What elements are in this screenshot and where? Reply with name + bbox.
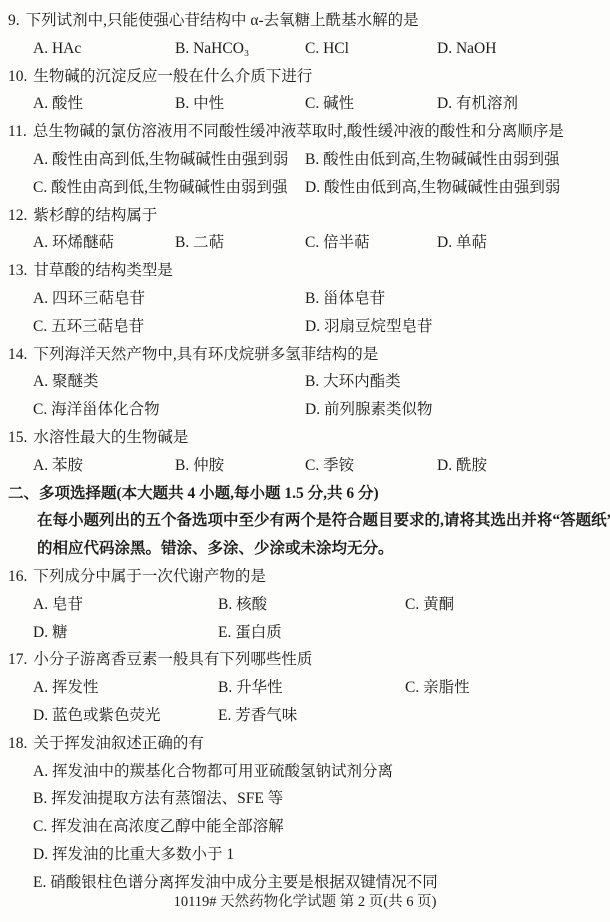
answer-option: B. 核酸 xyxy=(218,591,405,619)
question-list: 9.下列试剂中,只能使强心苷结构中 α-去氧糖上酰基水解的是A. HAcB. N… xyxy=(8,7,602,897)
answer-option: A. 环烯醚萜 xyxy=(33,229,175,257)
question-number: 10. xyxy=(8,68,27,85)
answer-option: C. 季铵 xyxy=(305,452,437,480)
question-number: 18. xyxy=(8,735,27,752)
question-number: 9. xyxy=(8,12,20,29)
answer-option: C. 亲脂性 xyxy=(405,674,602,702)
option-row: D. 蓝色或紫色荧光E. 芳香气味 xyxy=(8,702,602,730)
question-number: 12. xyxy=(8,207,27,224)
answer-option: E. 芳香气味 xyxy=(218,702,405,730)
option-row: A. 挥发性B. 升华性C. 亲脂性 xyxy=(8,674,602,702)
question: 14.下列海洋天然产物中,具有环戊烷骈多氢菲结构的是 xyxy=(8,341,602,369)
answer-option: D. 酰胺 xyxy=(437,452,602,480)
question-stem: 生物碱的沉淀反应一般在什么介质下进行 xyxy=(33,68,312,85)
question-number: 17. xyxy=(8,651,27,668)
question-stem: 下列试剂中,只能使强心苷结构中 α-去氧糖上酰基水解的是 xyxy=(26,12,419,29)
question-number: 14. xyxy=(8,346,27,363)
answer-option: B. 挥发油提取方法有蒸馏法、SFE 等 xyxy=(33,785,602,813)
answer-option: C. HCl xyxy=(305,35,437,63)
answer-option: C. 五环三萜皂苷 xyxy=(33,313,305,341)
question-stem: 紫杉醇的结构属于 xyxy=(33,207,157,224)
answer-option: A. 皂苷 xyxy=(33,591,218,619)
question: 11.总生物碱的氯仿溶液用不同酸性缓冲液萃取时,酸性缓冲液的酸性和分离顺序是 xyxy=(8,118,602,146)
answer-option: D. 羽扇豆烷型皂苷 xyxy=(305,313,602,341)
option-row: A. 苯胺B. 仲胺C. 季铵D. 酰胺 xyxy=(8,452,602,480)
answer-option: A. 酸性 xyxy=(33,90,175,118)
answer-option: D. 前列腺素类似物 xyxy=(305,396,602,424)
answer-option: B. 仲胺 xyxy=(175,452,305,480)
question: 10.生物碱的沉淀反应一般在什么介质下进行 xyxy=(8,63,602,91)
answer-option: A. 四环三萜皂苷 xyxy=(33,285,305,313)
option-row: A. 挥发油中的羰基化合物都可用亚硫酸氢钠试剂分离B. 挥发油提取方法有蒸馏法、… xyxy=(8,758,602,897)
answer-option: D. NaOH xyxy=(437,35,602,63)
answer-option: A. 苯胺 xyxy=(33,452,175,480)
answer-option: D. 有机溶剂 xyxy=(437,90,602,118)
answer-option: C. 黄酮 xyxy=(405,591,602,619)
exam-page: 9.下列试剂中,只能使强心苷结构中 α-去氧糖上酰基水解的是A. HAcB. N… xyxy=(0,0,610,922)
answer-option: A. 酸性由高到低,生物碱碱性由强到弱 xyxy=(33,146,305,174)
answer-option: D. 单萜 xyxy=(437,229,602,257)
question-number: 15. xyxy=(8,429,27,446)
question-stem: 下列海洋天然产物中,具有环戊烷骈多氢菲结构的是 xyxy=(33,346,378,363)
question: 18.关于挥发油叙述正确的有 xyxy=(8,730,602,758)
question-number: 13. xyxy=(8,262,27,279)
answer-option: C. 酸性由高到低,生物碱碱性由弱到强 xyxy=(33,174,305,202)
section-title: 二、多项选择题(本大题共 4 小题,每小题 1.5 分,共 6 分) xyxy=(8,480,602,508)
answer-option: C. 倍半萜 xyxy=(305,229,437,257)
answer-option: E. 蛋白质 xyxy=(218,619,405,647)
answer-option: B. 甾体皂苷 xyxy=(305,285,602,313)
question-stem: 甘草酸的结构类型是 xyxy=(33,262,173,279)
option-row: C. 海洋甾体化合物D. 前列腺素类似物 xyxy=(8,396,602,424)
question-stem: 总生物碱的氯仿溶液用不同酸性缓冲液萃取时,酸性缓冲液的酸性和分离顺序是 xyxy=(33,123,564,140)
answer-option: D. 挥发油的比重大多数小于 1 xyxy=(33,841,602,869)
option-row: A. HAcB. NaHCO₃C. HClD. NaOH xyxy=(8,35,602,63)
question: 12.紫杉醇的结构属于 xyxy=(8,202,602,230)
question-number: 11. xyxy=(8,123,27,140)
answer-option: B. 二萜 xyxy=(175,229,305,257)
question-stem: 关于挥发油叙述正确的有 xyxy=(33,735,204,752)
answer-option: D. 酸性由低到高,生物碱碱性由强到弱 xyxy=(305,174,602,202)
answer-option: B. 中性 xyxy=(175,90,305,118)
answer-option: B. 大环内酯类 xyxy=(305,368,602,396)
question-stem: 水溶性最大的生物碱是 xyxy=(33,429,188,446)
answer-option: C. 海洋甾体化合物 xyxy=(33,396,305,424)
question-stem: 小分子游离香豆素一般具有下列哪些性质 xyxy=(33,651,312,668)
option-row: A. 四环三萜皂苷B. 甾体皂苷 xyxy=(8,285,602,313)
answer-option: A. 挥发性 xyxy=(33,674,218,702)
answer-option: C. 挥发油在高浓度乙醇中能全部溶解 xyxy=(33,813,602,841)
question-number: 16. xyxy=(8,568,27,585)
question-stem: 下列成分中属于一次代谢产物的是 xyxy=(33,568,266,585)
option-row: C. 五环三萜皂苷D. 羽扇豆烷型皂苷 xyxy=(8,313,602,341)
page-footer: 10119# 天然药物化学试题 第 2 页(共 6 页) xyxy=(0,892,610,912)
answer-option: B. NaHCO₃ xyxy=(175,35,305,63)
option-row: A. 酸性B. 中性C. 碱性D. 有机溶剂 xyxy=(8,90,602,118)
answer-option: B. 酸性由低到高,生物碱碱性由弱到强 xyxy=(305,146,602,174)
question: 16.下列成分中属于一次代谢产物的是 xyxy=(8,563,602,591)
option-row: A. 环烯醚萜B. 二萜C. 倍半萜D. 单萜 xyxy=(8,229,602,257)
question: 17.小分子游离香豆素一般具有下列哪些性质 xyxy=(8,646,602,674)
question: 13.甘草酸的结构类型是 xyxy=(8,257,602,285)
option-row: A. 皂苷B. 核酸C. 黄酮 xyxy=(8,591,602,619)
section-instruction: 的相应代码涂黑。错涂、多涂、少涂或未涂均无分。 xyxy=(8,535,602,563)
option-row: A. 酸性由高到低,生物碱碱性由强到弱B. 酸性由低到高,生物碱碱性由弱到强 xyxy=(8,146,602,174)
answer-option: A. 挥发油中的羰基化合物都可用亚硫酸氢钠试剂分离 xyxy=(33,758,602,786)
answer-option: B. 升华性 xyxy=(218,674,405,702)
answer-option: A. HAc xyxy=(33,35,175,63)
answer-option: A. 聚醚类 xyxy=(33,368,305,396)
option-row: A. 聚醚类B. 大环内酯类 xyxy=(8,368,602,396)
option-row: C. 酸性由高到低,生物碱碱性由弱到强D. 酸性由低到高,生物碱碱性由强到弱 xyxy=(8,174,602,202)
question: 15.水溶性最大的生物碱是 xyxy=(8,424,602,452)
question: 9.下列试剂中,只能使强心苷结构中 α-去氧糖上酰基水解的是 xyxy=(8,7,602,35)
answer-option: D. 蓝色或紫色荧光 xyxy=(33,702,218,730)
option-row: D. 糖E. 蛋白质 xyxy=(8,619,602,647)
answer-option: C. 碱性 xyxy=(305,90,437,118)
section-instruction: 在每小题列出的五个备选项中至少有两个是符合题目要求的,请将其选出并将“答题纸” xyxy=(8,507,602,535)
answer-option: D. 糖 xyxy=(33,619,218,647)
